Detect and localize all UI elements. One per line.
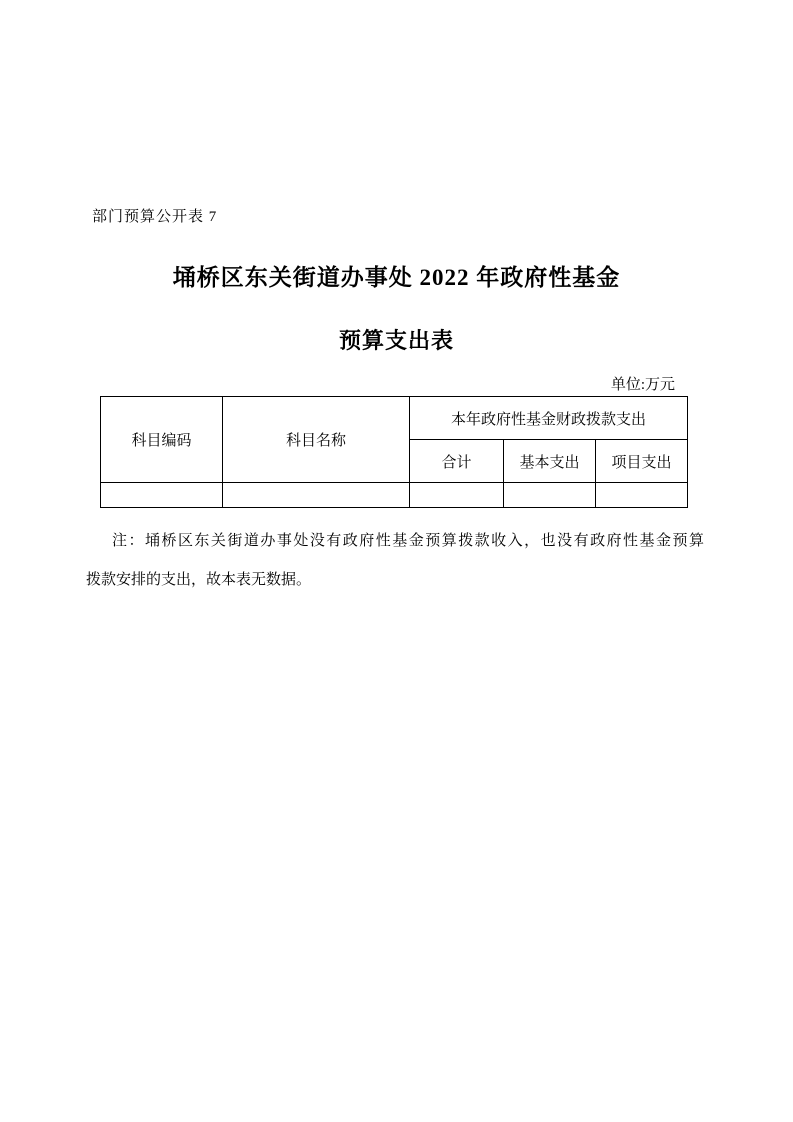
page-title: 埇桥区东关街道办事处 2022 年政府性基金: [0, 259, 793, 292]
footnote-line-1: 注：埇桥区东关街道办事处没有政府性基金预算拨款收入，也没有政府性基金预算: [86, 522, 704, 561]
cell-basic-expenditure: [504, 483, 596, 508]
table-row: [101, 483, 688, 508]
cell-project-expenditure: [596, 483, 688, 508]
budget-expenditure-table: 科目编码 科目名称 本年政府性基金财政拨款支出 合计 基本支出 项目支出: [100, 396, 688, 508]
cell-subject-name: [223, 483, 410, 508]
header-subject-code: 科目编码: [101, 397, 223, 483]
doc-label: 部门预算公开表 7: [92, 205, 217, 226]
cell-subject-code: [101, 483, 223, 508]
unit-label: 单位:万元: [100, 373, 675, 394]
header-total: 合计: [410, 440, 504, 483]
header-fund-group: 本年政府性基金财政拨款支出: [410, 397, 688, 440]
document-page: 部门预算公开表 7 埇桥区东关街道办事处 2022 年政府性基金 预算支出表 单…: [0, 0, 793, 1122]
footnote-line-2: 拨款安排的支出，故本表无数据。: [86, 561, 704, 600]
cell-total: [410, 483, 504, 508]
header-basic-expenditure: 基本支出: [504, 440, 596, 483]
header-subject-name: 科目名称: [223, 397, 410, 483]
header-project-expenditure: 项目支出: [596, 440, 688, 483]
table-header-row-1: 科目编码 科目名称 本年政府性基金财政拨款支出: [101, 397, 688, 440]
page-subtitle: 预算支出表: [0, 324, 793, 355]
footnote: 注：埇桥区东关街道办事处没有政府性基金预算拨款收入，也没有政府性基金预算 拨款安…: [86, 522, 704, 600]
